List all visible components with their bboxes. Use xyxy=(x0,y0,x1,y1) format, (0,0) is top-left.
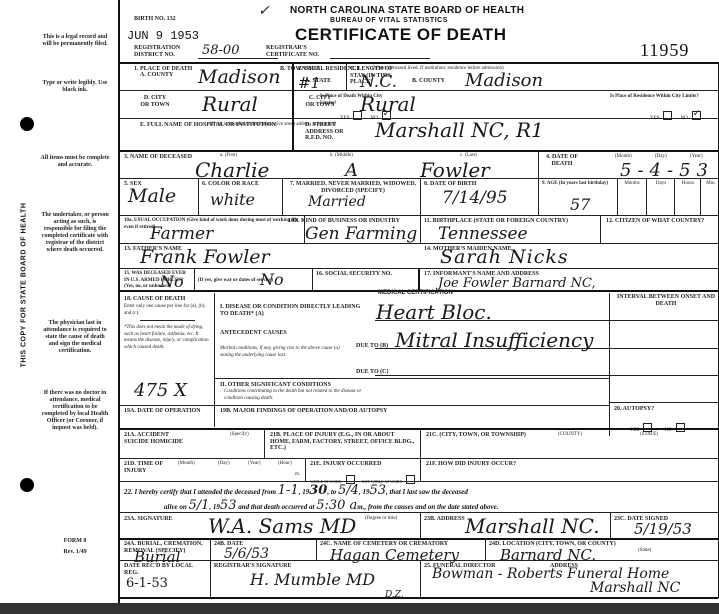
cemetery-value: Hagan Cemetery xyxy=(330,546,459,564)
physician-signature: W.A. Sams MD xyxy=(208,514,356,538)
date-of-birth-label: 8. DATE OF BIRTH xyxy=(424,181,476,188)
residence-city-limits-checkboxes: YES NO xyxy=(650,106,701,124)
death-certificate-form: Birth No. 132 ✓ NORTH CAROLINA STATE BOA… xyxy=(118,0,719,603)
date-signed-value: 5/19/53 xyxy=(634,520,692,538)
punch-hole-bottom xyxy=(20,478,34,492)
death-city-value: Rural xyxy=(202,92,258,116)
received-date-stamp: JUN 9 1953 xyxy=(127,29,199,43)
items-complete-note: All items must be complete and accurate. xyxy=(40,155,110,169)
autopsy-label: 20. AUTOPSY? xyxy=(614,406,654,413)
registrar-certificate-label: REGISTRAR'S CERTIFICATE NO. xyxy=(266,45,346,58)
antecedent-causes-note: Morbid conditions, if any, giving rise t… xyxy=(220,346,350,359)
county-label: a. COUNTY xyxy=(140,72,173,79)
injury-city-label: 21c. (CITY, TOWN, OR TOWNSHIP) xyxy=(426,432,526,439)
age-value: 57 xyxy=(570,195,590,214)
operation-date-label: 19a. DATE OF OPERATION xyxy=(124,408,212,415)
residence-state-value: N.C. xyxy=(360,72,397,92)
undertaker-note: The undertaker, or person acting as such… xyxy=(40,212,110,254)
cause-of-death-label: 18. CAUSE OF DEATH xyxy=(124,296,185,303)
form-revision: Rev. 1/49 xyxy=(40,549,110,556)
residence-city-label: c. CITY OR TOWN xyxy=(305,95,335,108)
mother-name-value: Sarah Nicks xyxy=(440,246,569,268)
residence-county-value: Madison xyxy=(465,70,543,91)
residence-city-limits-no-checkbox[interactable] xyxy=(692,111,701,120)
social-security-label: 16. SOCIAL SECURITY NO. xyxy=(316,271,392,278)
attended-from-date: 1-1 xyxy=(278,483,299,498)
street-address-label: d. STREET ADDRESS or R.F.D. NO. xyxy=(305,122,355,142)
date-received-value: 6-1-53 xyxy=(126,576,168,591)
document-title: CERTIFICATE OF DEATH xyxy=(295,25,506,45)
residence-city-value: Rural xyxy=(360,92,416,116)
certificate-number: 11959 xyxy=(640,40,689,61)
last-seen-alive-date: 5/1 xyxy=(189,498,210,513)
attending-certification: 22. I hereby certify that I attended the… xyxy=(124,484,719,514)
physician-address-label: 23b. ADDRESS xyxy=(424,516,465,523)
scan-edge xyxy=(0,603,719,614)
usual-residence-label: 2. USUAL RESIDENCE xyxy=(298,66,361,73)
antecedent-causes-label: ANTECEDENT CAUSES xyxy=(220,330,287,337)
attended-to-date: 5/4 xyxy=(338,483,359,498)
street-address-value: Marshall NC, R1 xyxy=(375,118,544,142)
war-service-value: No xyxy=(260,270,284,289)
armed-forces-value: No xyxy=(160,272,184,291)
type-legibly-note: Type or write legibly. Use black ink. xyxy=(40,80,110,94)
not-while-at-work-checkbox[interactable] xyxy=(406,475,415,484)
marital-status-label: 7. MARRIED, NEVER MARRIED, WIDOWED, DIVO… xyxy=(288,181,418,194)
date-received-label: DATE REC'D BY LOCAL REG. xyxy=(124,563,208,576)
informant-value: Joe Fowler Barnard NC, xyxy=(438,276,596,291)
race-label: 6. COLOR OR RACE xyxy=(202,181,259,188)
marital-status-value: Married xyxy=(308,194,366,210)
father-name-value: Frank Fowler xyxy=(140,246,270,268)
date-of-death-label: 4. DATE OF DEATH xyxy=(542,154,582,167)
accident-type-label: 21a. ACCIDENT SUICIDE HOMICIDE xyxy=(124,432,184,445)
registration-district-label: REGISTRATION DISTRICT NO. xyxy=(134,45,196,58)
war-service-label: (If yes, give war or dates of service) xyxy=(198,278,310,285)
residence-city-limits-label: Is Place of Residence Within City Limits… xyxy=(610,94,719,101)
attended-to-year: 53 xyxy=(369,483,386,498)
state-board-copy-label: THIS COPY FOR STATE BOARD OF HEALTH xyxy=(18,170,30,400)
mode-of-dying-note: *This does not mean the mode of dying, s… xyxy=(124,325,212,351)
race-value: white xyxy=(210,190,255,209)
major-findings-label: 19b. MAJOR FINDINGS OF OPERATION AND/OR … xyxy=(220,408,387,415)
name-of-deceased-label: 3. NAME OF DECEASED xyxy=(124,154,192,161)
other-conditions-label: II. OTHER SIGNIFICANT CONDITIONS xyxy=(220,382,331,389)
how-injury-occurred-label: 21f. HOW DID INJURY OCCUR? xyxy=(426,461,516,468)
interval-label: INTERVAL BETWEEN ONSET AND DEATH xyxy=(614,294,718,307)
burial-location-value: Barnard NC. xyxy=(500,546,596,564)
registration-district-value: 58-00 xyxy=(202,43,239,58)
last-seen-alive-year: 53 xyxy=(220,498,237,513)
death-city-label: d. CITY OR TOWN xyxy=(140,95,170,108)
signature-label: 23a. SIGNATURE xyxy=(124,516,173,523)
date-of-birth-value: 7/14/95 xyxy=(442,188,508,208)
injury-occurred-label: 21e. INJURY OCCURRED xyxy=(310,461,381,468)
cause-code: 475 X xyxy=(134,380,187,401)
physician-address-value: Marshall NC. xyxy=(465,514,600,538)
medical-certification-title: MEDICAL CERTIFICATION xyxy=(378,290,453,297)
business-value: Gen Farming xyxy=(305,224,417,244)
residence-city-limits-yes-checkbox[interactable] xyxy=(663,111,672,120)
no-doctor-note: If there was no doctor in attendance, me… xyxy=(40,390,110,432)
occupation-value: Farmer xyxy=(150,224,213,244)
place-of-injury-label: 21b. PLACE OF INJURY (e.g., in or about … xyxy=(270,432,415,452)
bureau-name: BUREAU OF VITAL STATISTICS xyxy=(330,17,448,24)
birthplace-value: Tennessee xyxy=(438,224,528,244)
time-of-injury-label: 21d. TIME OF INJURY xyxy=(124,461,164,474)
age-label: 9. AGE (In years last birthday) xyxy=(542,181,614,188)
check-mark: ✓ xyxy=(258,3,270,19)
death-time: 5:30 a xyxy=(316,498,357,513)
residence-state-label: a. STATE xyxy=(305,78,331,85)
residence-county-label: b. COUNTY xyxy=(412,78,445,85)
form-number: FORM 8 xyxy=(40,538,110,545)
registrar-signature-label: REGISTRAR'S SIGNATURE xyxy=(214,563,291,570)
other-conditions-note: Conditions contributing to the death but… xyxy=(224,389,374,402)
physician-note: The physician last in attendance is requ… xyxy=(40,320,110,355)
death-county-value: Madison xyxy=(198,66,280,88)
sex-value: Male xyxy=(128,185,176,207)
agency-name: NORTH CAROLINA STATE BOARD OF HEALTH xyxy=(290,5,524,16)
registrar-signature: H. Mumble MD xyxy=(250,570,375,589)
birth-number-label: Birth No. 132 xyxy=(134,16,176,23)
funeral-address-value: Marshall NC xyxy=(590,580,680,596)
legal-record-note: This is a legal record and will be perma… xyxy=(40,34,110,48)
punch-hole-top xyxy=(20,117,34,131)
cause-of-death-note: Enter only one cause per line for (a), (… xyxy=(124,304,212,317)
disease-condition-label: I. DISEASE OR CONDITION DIRECTLY LEADING… xyxy=(220,304,370,317)
citizenship-label: 12. CITIZEN OF WHAT COUNTRY? xyxy=(606,218,716,225)
attended-from-year: 30 xyxy=(309,483,327,498)
